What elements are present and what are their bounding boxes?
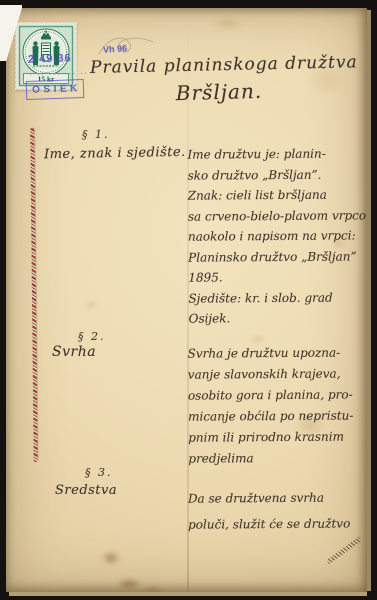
manuscript-line: Planinsko družtvo „Bršljan” (188, 246, 372, 268)
handstamp-line2: 2 49.36 (28, 52, 72, 66)
manuscript-line: 1895. (188, 266, 372, 288)
manuscript-line: Svrha je družtvu upozna- (188, 342, 372, 364)
manuscript-paper: 15 kr Vh 96 2 49.36 · ·· ··· ··· ·· · OS… (6, 8, 367, 592)
manuscript-line: pnim ili prirodno krasnim (188, 426, 372, 448)
manuscript-line: poluči, služit će se družtvo (188, 510, 372, 537)
section-3-body: Da se družtvena svrha poluči, služit će … (188, 484, 372, 537)
manuscript-line: vanje slavonskih krajeva, (188, 363, 372, 385)
section-2-heading: Svrha (52, 344, 96, 360)
stain (84, 300, 98, 310)
manuscript-line: sko družtvo „Bršljan”. (188, 164, 372, 186)
manuscript-line: Znak: cieli list bršljana (188, 184, 372, 206)
manuscript-line: micanje obćila po nepristu- (188, 405, 372, 427)
section-1-body: Ime družtvu je: planin- sko družtvo „Brš… (187, 143, 372, 329)
handstamp-city: OSIEK (29, 83, 81, 96)
section-3-heading: Sredstva (55, 483, 117, 498)
hatched-slash-mark (326, 537, 361, 565)
section-1-heading: Ime, znak i sjedište. (44, 145, 186, 162)
manuscript-line: osobito gora i planina, pro- (188, 384, 372, 406)
section-2-number: § 2. (78, 330, 106, 343)
handstamp-city-box: OSIEK (26, 79, 85, 100)
binding-cord (30, 128, 37, 462)
stain (210, 14, 246, 32)
handstamp-line3: · ·· ··· ··· ·· · (30, 71, 96, 79)
scanned-manuscript-page: 15 kr Vh 96 2 49.36 · ·· ··· ··· ·· · OS… (0, 0, 377, 600)
section-3-number: § 3. (85, 466, 113, 479)
stain (98, 548, 124, 568)
manuscript-line: naokolo i napisom na vrpci: (188, 225, 372, 247)
underlying-page-edge-right (367, 10, 371, 591)
manuscript-line: Sjedište: kr. i slob. grad (188, 287, 372, 309)
section-1-number: § 1. (82, 128, 110, 141)
manuscript-line: sa crveno-bielo-plavom vrpcom (188, 205, 372, 227)
manuscript-line: Osijek. (189, 307, 373, 329)
document-title-line2: Bršljan. (154, 78, 285, 105)
manuscript-line: Ime družtvu je: planin- (187, 143, 371, 165)
section-2-body: Svrha je družtvu upozna- vanje slavonski… (188, 342, 373, 469)
manuscript-line: Da se družtvena svrha (188, 484, 372, 511)
manuscript-line: predjelima (188, 447, 372, 469)
